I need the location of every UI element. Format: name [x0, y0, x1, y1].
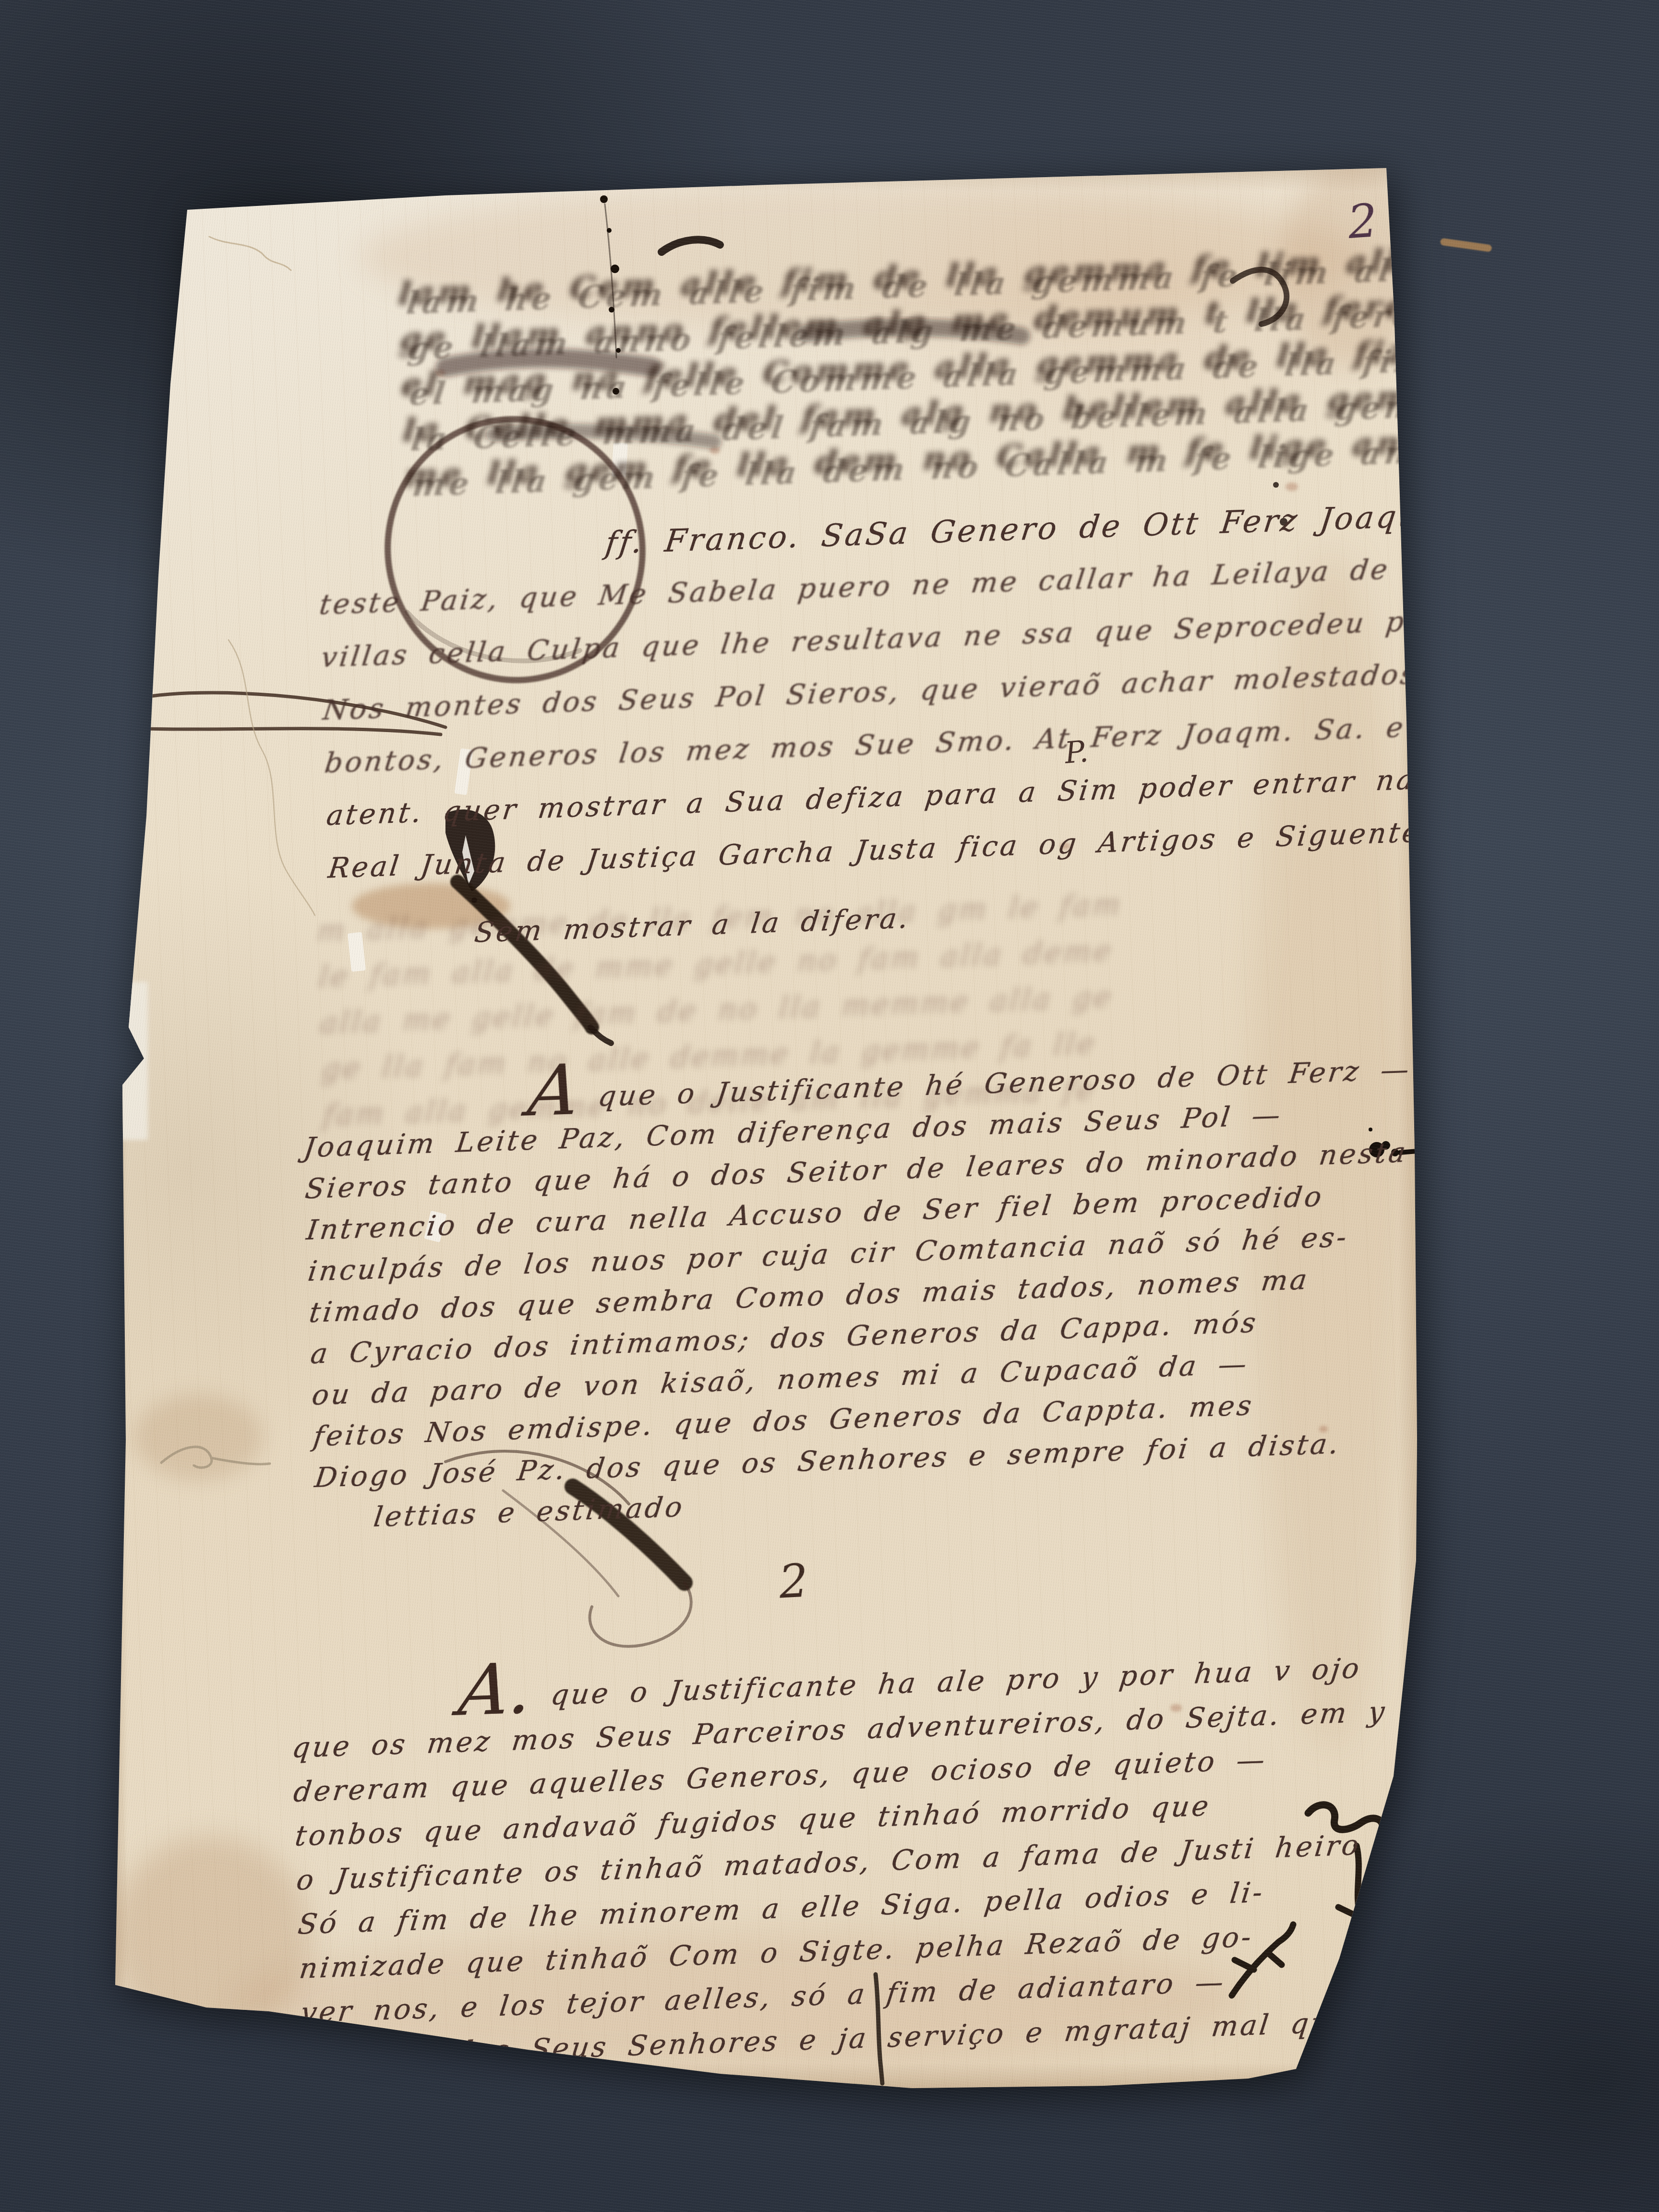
- stain-left-middle: [133, 1395, 263, 1481]
- torn-edge-pale-flap: [120, 982, 148, 1140]
- photo-background: lam he Cem alle fim de lla gemma fe lim …: [0, 0, 1659, 2212]
- page-number: 2: [1346, 193, 1379, 249]
- stain-bottom-left-corner: [109, 1836, 311, 2038]
- bleedthrough-smear-echo: lam he Cem alle fim de lla gemma fe lim …: [406, 252, 1402, 513]
- paragraph-3: A. que o Justificante ha ale pro y por h…: [289, 1650, 1420, 2085]
- section-number: 2: [778, 1554, 809, 1609]
- smear-top-bar: [661, 240, 720, 252]
- pencil-mark: [161, 1447, 270, 1467]
- paragraph-1: ff. Franco. SaSa Genero de Ott Ferz Joaq…: [316, 498, 1448, 974]
- ink-cross-curl-b: [590, 1583, 691, 1647]
- manuscript-page: lam he Cem alle fim de lla gemma fe lim …: [109, 166, 1420, 2091]
- paragraph-symbol: P.: [1063, 733, 1090, 770]
- paragraph-2: A que o Justificante hé Generoso de Ott …: [301, 1053, 1434, 1544]
- corner-crack-line: [209, 237, 291, 270]
- paper-crease-line: [228, 640, 315, 915]
